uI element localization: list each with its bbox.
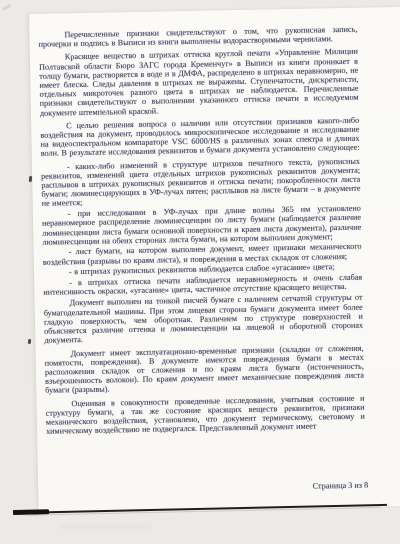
scanner-artifact-top-left bbox=[2, 4, 11, 11]
paragraph: Документ имеет эксплуатационно-временные… bbox=[44, 343, 364, 395]
paragraph: С целью решения вопроса о наличии или от… bbox=[40, 115, 360, 158]
document-body: Перечисленные признаки свидетельствуют о… bbox=[38, 25, 365, 440]
scanned-page: Перечисленные признаки свидетельствуют о… bbox=[28, 6, 400, 513]
paragraph: Документ выполнен на тонкой писчей бумаг… bbox=[43, 293, 363, 345]
paragraph: Красящее вещество в штрихах оттиска круг… bbox=[39, 47, 359, 118]
page-number-footer: Страница 3 из 8 bbox=[47, 481, 368, 496]
paragraph: Перечисленные признаки свидетельствуют о… bbox=[38, 25, 357, 50]
paragraph: Оценивая в совокупности проведенные иссл… bbox=[45, 393, 365, 436]
list-item: - при исследовании в УФ-лучах при длине … bbox=[42, 204, 362, 247]
scan-background: { "colors": { "scan_background": "#eceae… bbox=[0, 0, 400, 544]
list-item: - каких-либо изменений в структуре штрих… bbox=[41, 156, 361, 208]
binding-mark-lower bbox=[28, 339, 32, 344]
scan-smudge bbox=[60, 524, 152, 529]
